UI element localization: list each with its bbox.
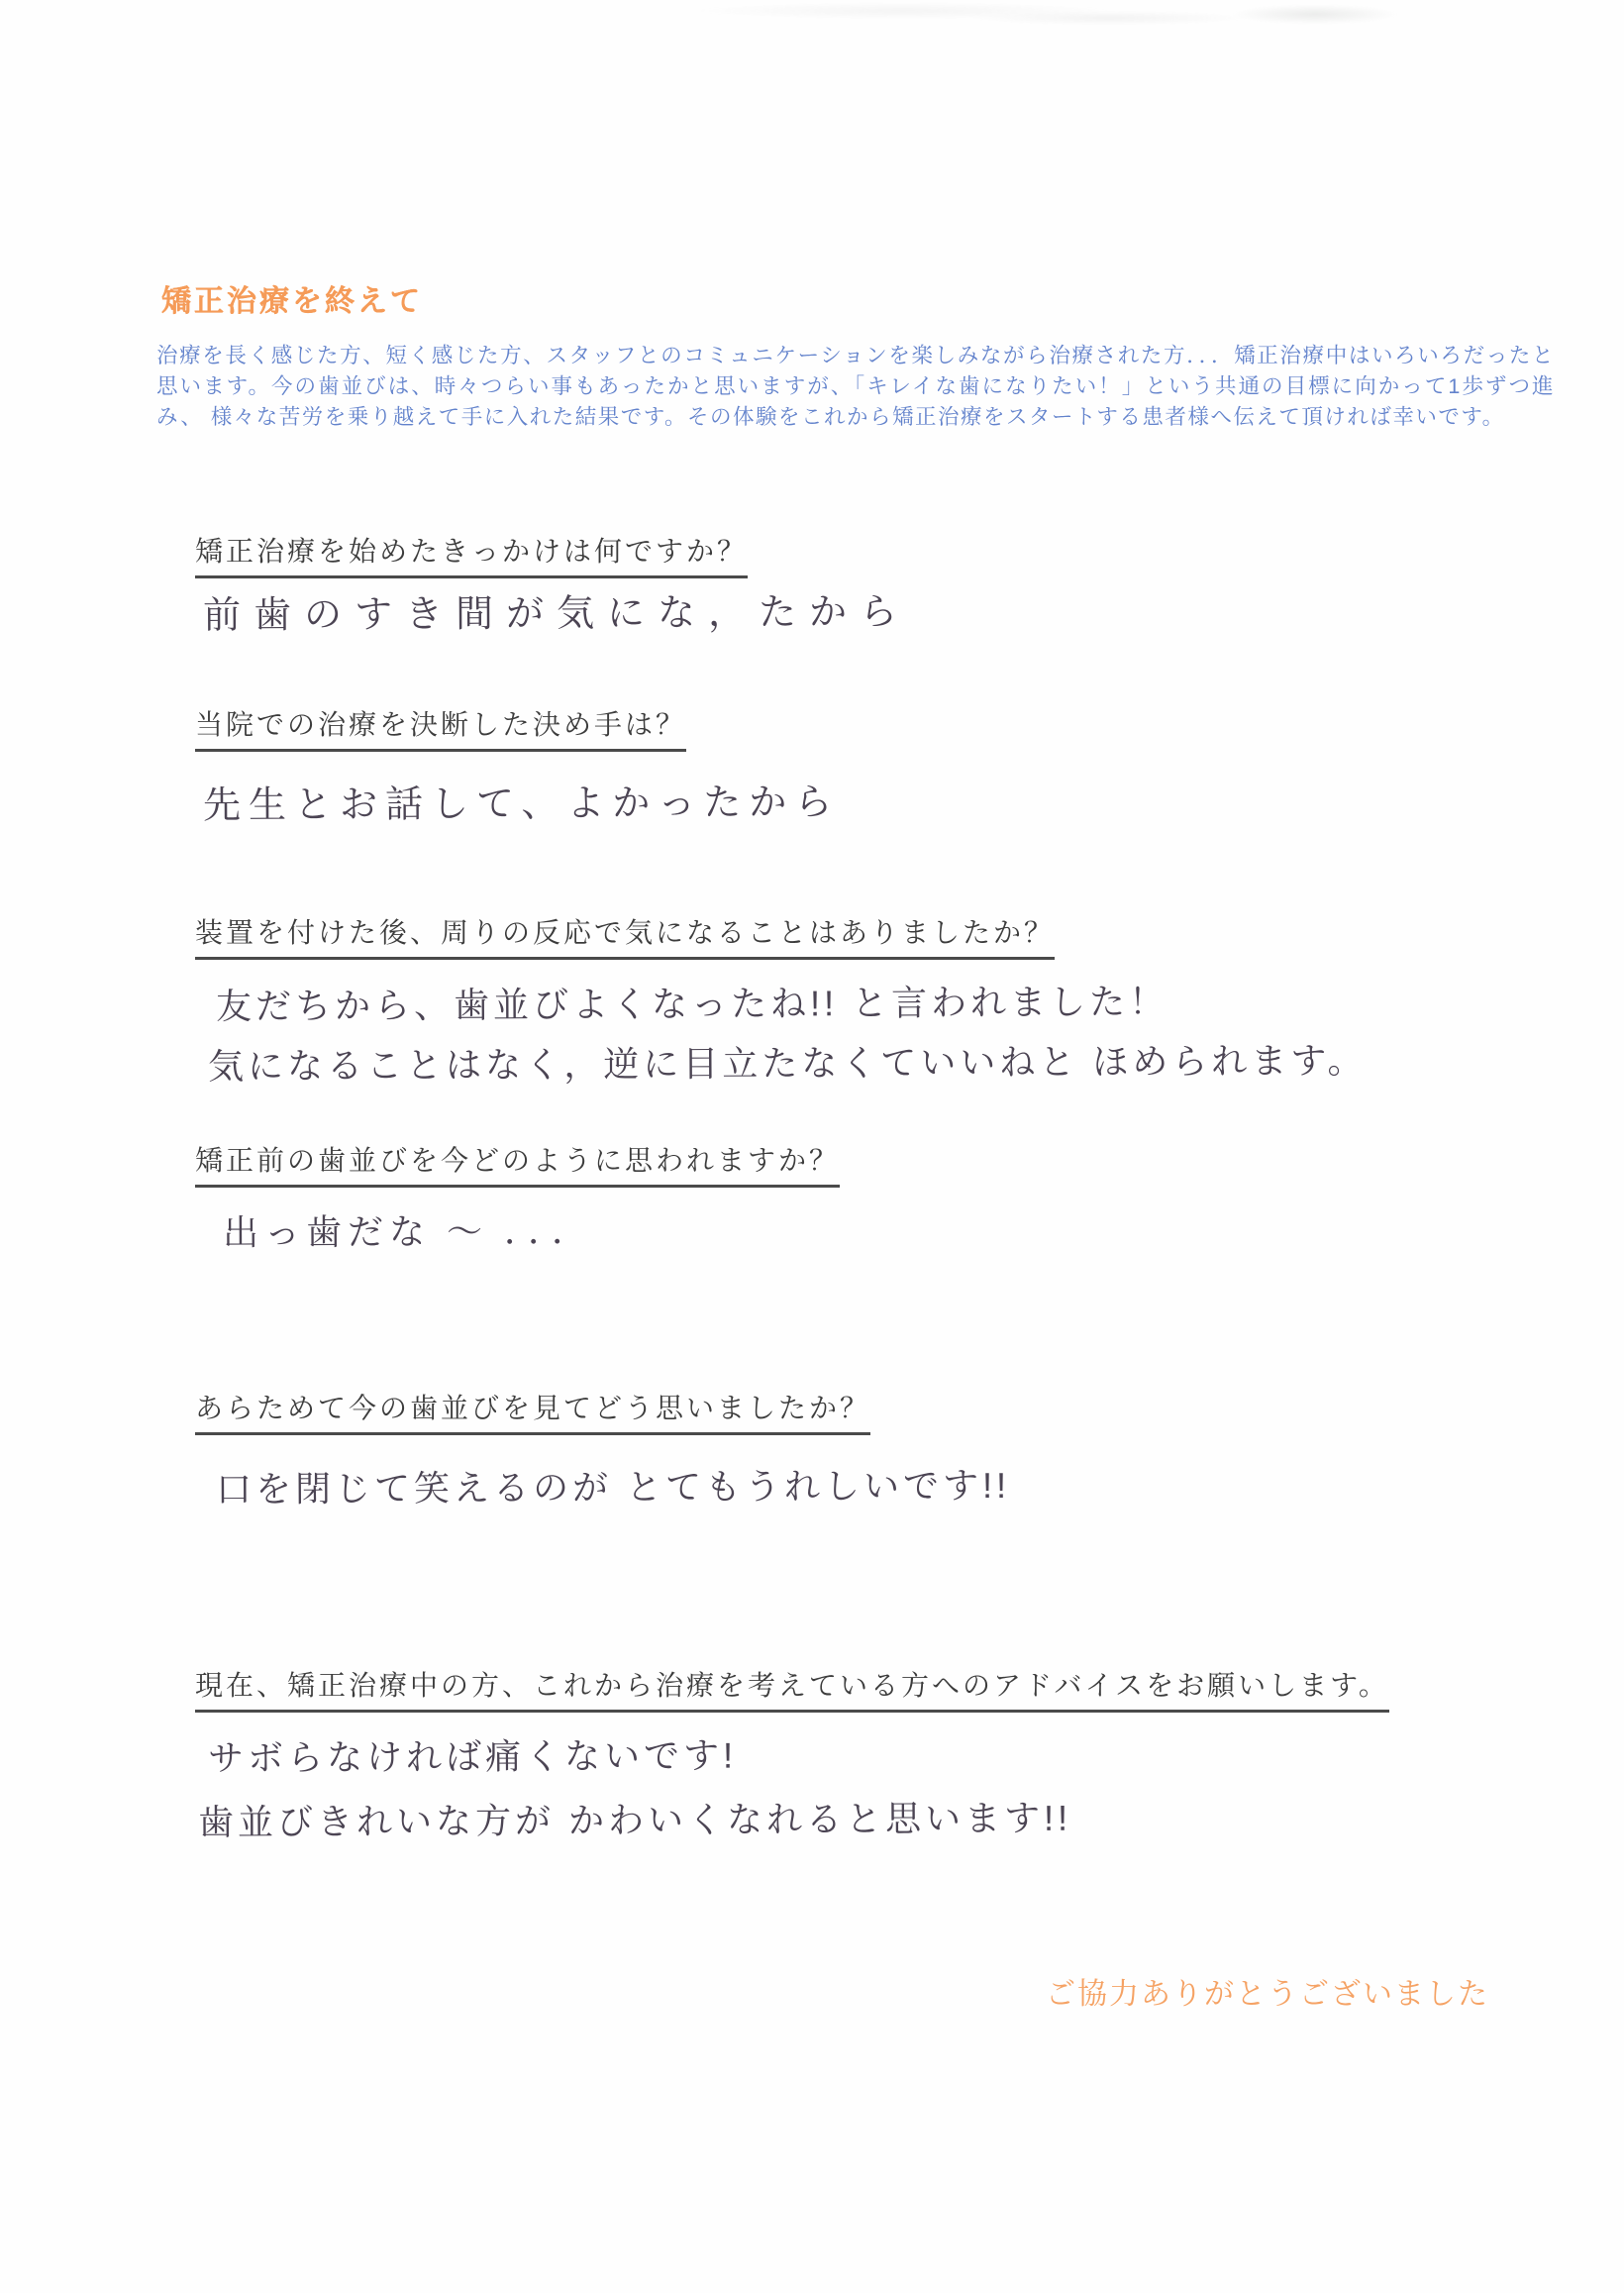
question-3-label: 装置を付けた後、周りの反応で気になることはありましたか？ (195, 911, 1055, 960)
question-6-handwritten-answer-line-2: 歯並びきれいな方が かわいくなれると思います!! (198, 1791, 1071, 1846)
question-1-label: 矯正治療を始めたきっかけは何ですか？ (195, 530, 748, 578)
scan-artifact-smudge (594, 0, 1624, 36)
question-3-handwritten-answer-line-1: 友だちから、歯並びよくなったね!! と言われました！ (216, 974, 1168, 1029)
question-1-handwritten-answer: 前歯のすき間が気にな，たから (203, 580, 910, 639)
page-title: 矯正治療を終えて (161, 276, 423, 320)
question-2-handwritten-answer: 先生とお話して、よかったから (203, 771, 841, 828)
question-4-label: 矯正前の歯並びを今どのように思われますか？ (195, 1139, 840, 1188)
question-2-label: 当院での治療を決断した決め手は？ (195, 703, 686, 752)
question-5-label: あらためて今の歯並びを見てどう思いましたか？ (195, 1387, 870, 1435)
footer-thanks-text: ご協力ありがとうございました (1046, 1969, 1489, 2013)
intro-paragraph: 治療を長く感じた方、短く感じた方、スタッフとのコミュニケーションを楽しみながら治… (156, 341, 1555, 433)
question-4-handwritten-answer: 出っ歯だな ～ ．．． (223, 1203, 593, 1256)
question-3-handwritten-answer-line-2: 気になることはなく，逆に目立たなくていいねと ほめられます。 (208, 1033, 1368, 1090)
question-6-label: 現在、矯正治療中の方、これから治療を考えている方へのアドバイスをお願いします。 (195, 1664, 1389, 1713)
scanned-questionnaire-page: 矯正治療を終えて 治療を長く感じた方、短く感じた方、スタッフとのコミュニケーショ… (0, 0, 1624, 2293)
question-6-handwritten-answer-line-1: サボらなければ痛くないです! (208, 1728, 737, 1782)
question-5-handwritten-answer: 口を閉じて笑えるのが とてもうれしいです!! (216, 1458, 1010, 1512)
